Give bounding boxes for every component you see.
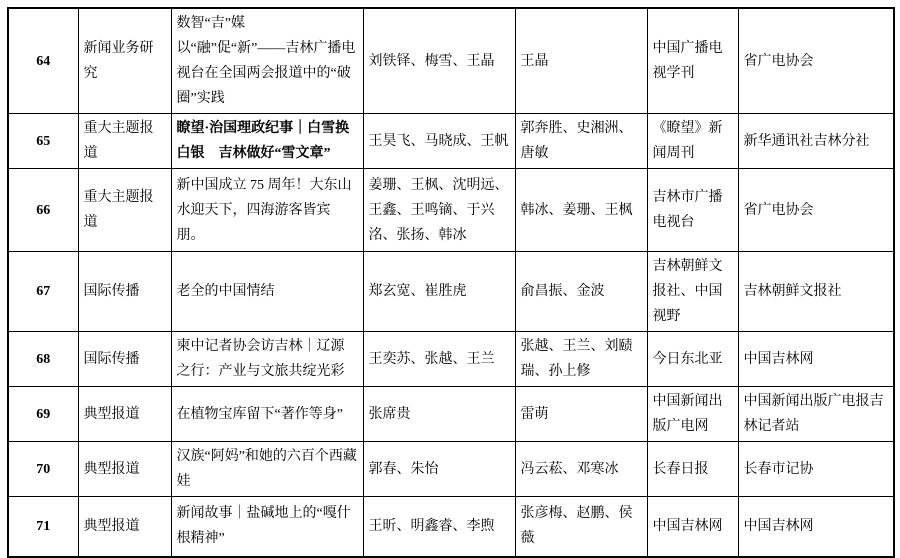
table-row: 68 国际传播 柬中记者协会访吉林｜辽源之行：产业与文旅共绽光彩 王奕苏、张越、… (8, 332, 894, 387)
cell-entry-number: 69 (8, 387, 78, 442)
cell-submitting-org: 省广电协会 (738, 8, 894, 114)
cell-entry-number: 64 (8, 8, 78, 114)
cell-entry-number: 66 (8, 169, 78, 252)
cell-authors: 姜珊、王枫、沈明远、王鑫、王鸣镝、于兴洺、张扬、韩冰 (363, 169, 515, 252)
cell-category: 新闻业务研究 (78, 8, 171, 114)
cell-editors: 韩冰、姜珊、王枫 (515, 169, 647, 252)
cell-editors: 王晶 (515, 8, 647, 114)
cell-publication-outlet: 《瞭望》新闻周刊 (647, 114, 738, 169)
cell-submitting-org: 中国新闻出版广电报吉林记者站 (738, 387, 894, 442)
cell-authors: 郑玄宽、崔胜虎 (363, 252, 515, 332)
cell-authors: 张席贵 (363, 387, 515, 442)
cell-authors: 王昊飞、马晓成、王帆 (363, 114, 515, 169)
cell-authors: 刘铁铎、梅雪、王晶 (363, 8, 515, 114)
table-row: 66 重大主题报道 新中国成立 75 周年！大东山水迎天下，四海游客皆宾朋。 姜… (8, 169, 894, 252)
cell-title: 老全的中国情结 (171, 252, 363, 332)
cell-entry-number: 68 (8, 332, 78, 387)
cell-publication-outlet: 长春日报 (647, 442, 738, 497)
cell-submitting-org: 新华通讯社吉林分社 (738, 114, 894, 169)
table-row: 65 重大主题报道 瞭望·治国理政纪事｜白雪换白银 吉林做好“雪文章” 王昊飞、… (8, 114, 894, 169)
cell-submitting-org: 省广电协会 (738, 169, 894, 252)
cell-editors: 张越、王兰、刘赜瑞、孙上修 (515, 332, 647, 387)
cell-editors: 俞昌振、金波 (515, 252, 647, 332)
table-row: 67 国际传播 老全的中国情结 郑玄宽、崔胜虎 俞昌振、金波 吉林朝鲜文报社、中… (8, 252, 894, 332)
cell-publication-outlet: 吉林市广播电视台 (647, 169, 738, 252)
cell-publication-outlet: 吉林朝鲜文报社、中国视野 (647, 252, 738, 332)
cell-submitting-org: 长春市记协 (738, 442, 894, 497)
cell-authors: 王奕苏、张越、王兰 (363, 332, 515, 387)
cell-title: 瞭望·治国理政纪事｜白雪换白银 吉林做好“雪文章” (171, 114, 363, 169)
cell-publication-outlet: 中国吉林网 (647, 497, 738, 557)
cell-category: 典型报道 (78, 387, 171, 442)
cell-authors: 王昕、明鑫睿、李煦 (363, 497, 515, 557)
cell-category: 国际传播 (78, 252, 171, 332)
cell-title: 汉族“阿妈”和她的六百个西藏娃 (171, 442, 363, 497)
cell-entry-number: 65 (8, 114, 78, 169)
cell-editors: 冯云菘、邓寒冰 (515, 442, 647, 497)
cell-publication-outlet: 今日东北亚 (647, 332, 738, 387)
table-row: 70 典型报道 汉族“阿妈”和她的六百个西藏娃 郭春、朱怡 冯云菘、邓寒冰 长春… (8, 442, 894, 497)
cell-publication-outlet: 中国新闻出版广电网 (647, 387, 738, 442)
cell-entry-number: 70 (8, 442, 78, 497)
cell-submitting-org: 吉林朝鲜文报社 (738, 252, 894, 332)
table-row: 69 典型报道 在植物宝库留下“著作等身” 张席贵 雷萌 中国新闻出版广电网 中… (8, 387, 894, 442)
cell-category: 典型报道 (78, 442, 171, 497)
cell-category: 国际传播 (78, 332, 171, 387)
cell-submitting-org: 中国吉林网 (738, 332, 894, 387)
cell-title: 新中国成立 75 周年！大东山水迎天下，四海游客皆宾朋。 (171, 169, 363, 252)
cell-editors: 张彦梅、赵鹏、侯薇 (515, 497, 647, 557)
cell-title: 新闻故事｜盐碱地上的“嘎什根精神” (171, 497, 363, 557)
cell-title: 数智“吉”媒 以“融”促“新”——吉林广播电视台在全国两会报道中的“破圈”实践 (171, 8, 363, 114)
cell-entry-number: 67 (8, 252, 78, 332)
awards-table: 64 新闻业务研究 数智“吉”媒 以“融”促“新”——吉林广播电视台在全国两会报… (7, 7, 895, 558)
cell-title: 在植物宝库留下“著作等身” (171, 387, 363, 442)
cell-editors: 郭奔胜、史湘洲、唐敏 (515, 114, 647, 169)
cell-submitting-org: 中国吉林网 (738, 497, 894, 557)
cell-editors: 雷萌 (515, 387, 647, 442)
cell-title: 柬中记者协会访吉林｜辽源之行：产业与文旅共绽光彩 (171, 332, 363, 387)
table-row: 64 新闻业务研究 数智“吉”媒 以“融”促“新”——吉林广播电视台在全国两会报… (8, 8, 894, 114)
awards-table-body: 64 新闻业务研究 数智“吉”媒 以“融”促“新”——吉林广播电视台在全国两会报… (8, 8, 894, 557)
cell-publication-outlet: 中国广播电视学刊 (647, 8, 738, 114)
cell-category: 典型报道 (78, 497, 171, 557)
cell-category: 重大主题报道 (78, 169, 171, 252)
cell-category: 重大主题报道 (78, 114, 171, 169)
cell-entry-number: 71 (8, 497, 78, 557)
cell-authors: 郭春、朱怡 (363, 442, 515, 497)
